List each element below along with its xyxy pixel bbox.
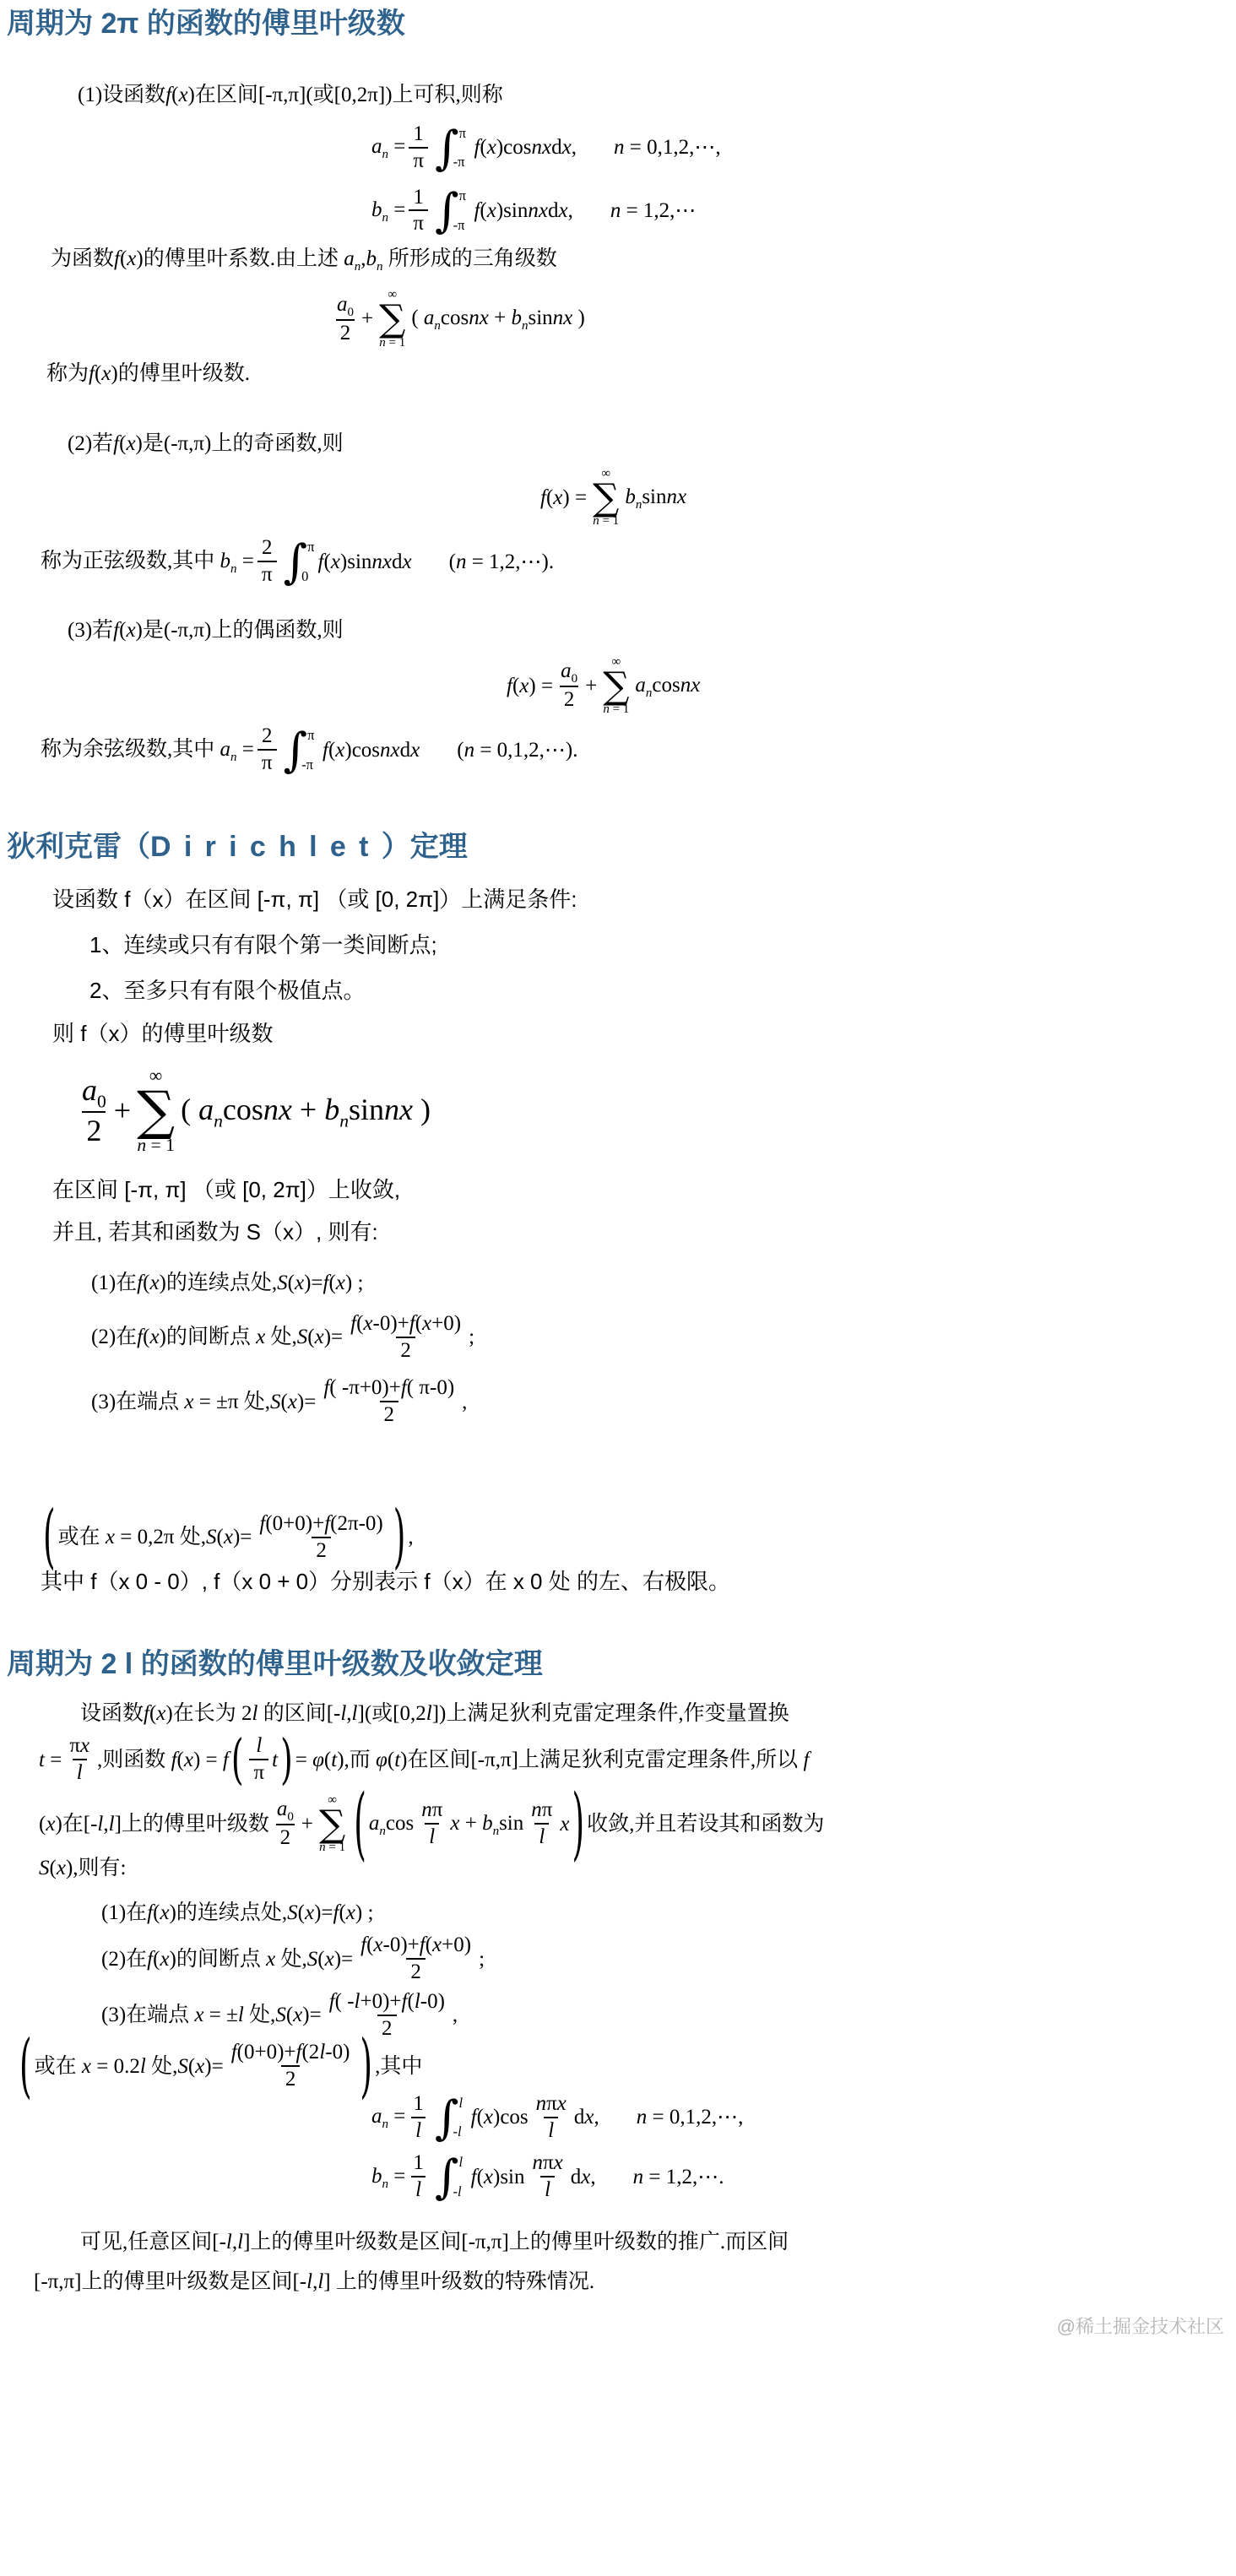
- formula-body: f(x)sin: [471, 2165, 525, 2190]
- fraction: f(0+0)+f(2l-0)2: [227, 2041, 355, 2092]
- fraction: f( -l+0)+f(l-0)2: [325, 1990, 449, 2042]
- fraction: f(x-0)+f(x+0)2: [356, 1933, 475, 1985]
- document: 周期为 2π 的函数的傅里叶级数 (1)设函数f(x)在区间[-π,π](或[0…: [0, 0, 1236, 2576]
- section3-conclusion1: 可见,任意区间[-l,l]上的傅里叶级数是区间[-π,π]上的傅里叶级数的推广.…: [80, 2228, 1236, 2256]
- right-paren-icon: ): [572, 1785, 584, 1864]
- watermark: @稀土掘金技术社区: [0, 2313, 1236, 2339]
- text-runs: 或在 x = 0,2π 处,S(x)=: [58, 1525, 252, 1550]
- plus-sign: +: [114, 1093, 131, 1129]
- text-runs: S(x),则有:: [39, 1857, 126, 1879]
- formula-lhs: f(x) =: [507, 674, 553, 699]
- formula-lhs: f(x) =: [540, 485, 587, 511]
- formula-even-series: f(x) = a02 + ∞∑n = 1 ancosnx: [507, 656, 1236, 717]
- summation: ∞∑n = 1: [603, 656, 629, 717]
- fraction: a02: [333, 293, 358, 346]
- integral: ∫π-π: [435, 187, 470, 234]
- formula-body: f(x)cos: [471, 2105, 529, 2130]
- formula-fourier-big: a02 + ∞∑n = 1 ( ancosnx + bnsinnx ): [74, 1067, 1236, 1154]
- section2-title: 狄利克雷（Dirichlet）定理: [7, 828, 1236, 865]
- text-runs: (2)若f(x)是(-π,π)上的奇函数,则: [68, 432, 344, 455]
- left-paren-icon: (: [19, 2031, 32, 2101]
- formula-body: ancosnx: [635, 673, 700, 700]
- section1-item3: (3)若f(x)是(-π,π)上的偶函数,则: [68, 616, 1236, 644]
- sigma-icon: ∑: [319, 1807, 345, 1842]
- formula-body: f(x)cosnxdx: [323, 738, 420, 763]
- fraction: nπxl: [532, 2092, 571, 2144]
- section3-title-text: 周期为 2 l 的函数的傅里叶级数及收敛定理: [7, 1648, 543, 1680]
- text-runs: 称为余弦级数,其中 an =: [41, 737, 254, 764]
- integral: ∫l-l: [435, 2154, 468, 2200]
- formula-condition: n = 1,2,⋯.: [633, 2165, 724, 2190]
- text-runs: 收敛,并且若设其和函数为: [587, 1812, 824, 1837]
- section3-then: S(x),则有:: [39, 1854, 1236, 1882]
- formula-body: ( ancosnx + bnsinnx ): [181, 1092, 431, 1131]
- section2-title-latin: Dirichlet: [150, 831, 382, 863]
- formula-condition: (n = 0,1,2,⋯).: [457, 738, 577, 763]
- text-runs: (2)在f(x)的间断点 x 处,S(x)=: [101, 1947, 353, 1972]
- fraction: 1π: [409, 122, 428, 174]
- formula-condition: n = 1,2,⋯: [610, 198, 697, 224]
- fraction: a02: [556, 659, 582, 713]
- formula-an-2pi: an = 1π ∫π-π f(x)cosnxdx, n = 0,1,2,⋯,: [371, 122, 1236, 174]
- formula-trig-series: a02 + ∞∑n = 1 ( ancosnx + bnsinnx ): [329, 289, 1236, 350]
- formula-condition: n = 0,1,2,⋯,: [614, 135, 721, 160]
- sigma-icon: ∑: [603, 669, 629, 704]
- fraction: lπ: [249, 1734, 268, 1786]
- section3-intro: 设函数f(x)在长为 2l 的区间[-l,l](或[0,2l])上满足狄利克雷定…: [80, 1700, 1236, 1727]
- section1-title-text: 周期为 2π 的函数的傅里叶级数: [7, 8, 405, 40]
- integral: ∫l-l: [435, 2095, 468, 2141]
- text-runs: (x)在[-l,l]上的傅里叶级数: [39, 1812, 269, 1837]
- text-runs: = φ(t),而 φ(t)在区间[-π,π]上满足狄利克雷定理条件,所以 f: [295, 1748, 810, 1773]
- formula-body: ( ancosnx + bnsinnx ): [411, 306, 585, 333]
- right-paren-icon: ): [393, 1503, 406, 1573]
- plus-sign: +: [301, 1812, 313, 1837]
- right-paren-icon: ): [360, 2031, 372, 2101]
- left-paren-icon: (: [43, 1503, 56, 1573]
- formula-lhs: an =: [371, 134, 405, 161]
- formula-body: f(x)cosnxdx,: [474, 135, 577, 160]
- formula-an-2l: an = 1l ∫l-l f(x)cos nπxl dx, n = 0,1,2,…: [371, 2092, 1236, 2144]
- text-runs: (3)在端点 x = ±l 处,S(x)=: [101, 2003, 322, 2028]
- section3-case2: (2)在f(x)的间断点 x 处,S(x)= f(x-0)+f(x+0)2 ;: [101, 1933, 1236, 1985]
- formula-condition: (n = 1,2,⋯).: [449, 550, 555, 575]
- fraction: 1π: [409, 186, 428, 237]
- formula-body: f(x)sinnxdx: [318, 550, 412, 575]
- summation: ∞∑n = 1: [593, 468, 619, 529]
- section1-para2: 为函数f(x)的傅里叶系数.由上述 an,bn 所形成的三角级数: [51, 245, 1236, 274]
- dirichlet-intro: 设函数 f（x）在区间 [-π, π] （或 [0, 2π]）上满足条件:: [52, 886, 1236, 914]
- formula-condition: n = 0,1,2,⋯,: [637, 2105, 744, 2130]
- integral: ∫π-π: [284, 727, 319, 773]
- dirichlet-then: 则 f（x）的傅里叶级数: [52, 1020, 1236, 1049]
- fraction: nπl: [417, 1798, 447, 1850]
- dirichlet-note: 其中 f（x 0 - 0）, f（x 0 + 0）分别表示 f（x）在 x 0 …: [41, 1568, 1236, 1597]
- text-runs: 为函数f(x)的傅里叶系数.由上述 an,bn 所形成的三角级数: [51, 247, 557, 270]
- section1-item2: (2)若f(x)是(-π,π)上的奇函数,则: [68, 430, 1236, 458]
- section1-para3: 称为f(x)的傅里叶级数.: [46, 360, 1236, 388]
- sigma-icon: ∑: [593, 480, 619, 516]
- text-runs: 可见,任意区间[-l,l]上的傅里叶级数是区间[-π,π]上的傅里叶级数的推广.…: [80, 2231, 789, 2253]
- dirichlet-cond2: 2、至多只有有限个极值点。: [89, 977, 1236, 1006]
- formula-body: bnsinnx: [625, 485, 686, 512]
- formula-odd-series: f(x) = ∞∑n = 1 bnsinnx: [540, 468, 1236, 529]
- sigma-icon: ∑: [137, 1086, 175, 1136]
- text-runs: (3)若f(x)是(-π,π)上的偶函数,则: [68, 619, 344, 642]
- text-runs: 或在 x = 0.2l 处,S(x)=: [35, 2054, 224, 2080]
- left-paren-icon: (: [231, 1733, 244, 1787]
- fraction: f( -π+0)+f( π-0)2: [319, 1376, 458, 1428]
- formula-body: f(x)sinnxdx,: [474, 198, 572, 224]
- fraction: a02: [78, 1073, 111, 1149]
- fraction: 2π: [257, 724, 277, 776]
- dirichlet-case1: (1)在f(x)的连续点处,S(x)=f(x) ;: [91, 1269, 1236, 1297]
- section1-title: 周期为 2π 的函数的傅里叶级数: [7, 5, 1236, 42]
- summation: ∞∑n = 1: [379, 289, 405, 350]
- formula-lhs: bn =: [371, 198, 405, 225]
- plus-sign: +: [361, 306, 373, 332]
- fraction: f(0+0)+f(2π-0)2: [255, 1512, 387, 1564]
- text-runs: (3)在端点 x = ±π 处,S(x)=: [91, 1390, 316, 1415]
- fraction: nπl: [527, 1798, 556, 1850]
- section3-case3-alt: ( 或在 x = 0.2l 处,S(x)= f(0+0)+f(2l-0)2 ) …: [17, 2041, 1236, 2092]
- section3-title: 周期为 2 l 的函数的傅里叶级数及收敛定理: [7, 1646, 1236, 1683]
- fraction: nπxl: [529, 2151, 567, 2203]
- text-runs: (1)设函数f(x)在区间[-π,π](或[0,2π])上可积,则称: [78, 84, 503, 106]
- dirichlet-case2: (2)在f(x)的间断点 x 处,S(x)= f(x-0)+f(x+0)2 ;: [91, 1312, 1236, 1364]
- dirichlet-cond1: 1、连续或只有有限个第一类间断点;: [89, 931, 1236, 960]
- dirichlet-case3: (3)在端点 x = ±π 处,S(x)= f( -π+0)+f( π-0)2 …: [91, 1376, 1236, 1428]
- section3-conclusion2: [-π,π]上的傅里叶级数是区间[-l,l] 上的傅里叶级数的特殊情况.: [34, 2268, 1236, 2296]
- formula-bn-2l: bn = 1l ∫l-l f(x)sin nπxl dx, n = 1,2,⋯.: [371, 2151, 1236, 2203]
- cosine-series-line: 称为余弦级数,其中 an = 2π ∫π-π f(x)cosnxdx (n = …: [41, 724, 1236, 776]
- section3-substitution: t = πxl ,则函数 f(x) = f ( lπ t ) = φ(t),而 …: [39, 1734, 1236, 1786]
- text-runs: (1)在f(x)的连续点处,S(x)=f(x) ;: [101, 1901, 373, 1924]
- sigma-icon: ∑: [379, 301, 405, 337]
- summation: ∞∑n = 1: [137, 1067, 175, 1154]
- right-paren-icon: ): [280, 1733, 293, 1787]
- left-paren-icon: (: [354, 1785, 366, 1864]
- formula-lhs: an =: [371, 2104, 405, 2131]
- fraction: πxl: [65, 1734, 94, 1786]
- integral: ∫π0: [284, 539, 315, 585]
- formula-bn-2pi: bn = 1π ∫π-π f(x)sinnxdx, n = 1,2,⋯: [371, 186, 1236, 237]
- section1-intro: (1)设函数f(x)在区间[-π,π](或[0,2π])上可积,则称: [78, 81, 1236, 109]
- dirichlet-converge: 在区间 [-π, π] （或 [0, 2π]）上收敛,: [52, 1176, 1236, 1205]
- text-runs: 称为正弦级数,其中 bn =: [41, 549, 254, 576]
- fraction: 1l: [409, 2151, 428, 2203]
- text-runs: (2)在f(x)的间断点 x 处,S(x)=: [91, 1325, 343, 1350]
- section3-case1: (1)在f(x)的连续点处,S(x)=f(x) ;: [101, 1899, 1236, 1927]
- fraction: a02: [273, 1798, 298, 1851]
- fraction: 2π: [257, 536, 277, 588]
- section3-series-line: (x)在[-l,l]上的傅里叶级数 a02 + ∞∑n = 1 ( ancos …: [39, 1794, 1236, 1855]
- plus-sign: +: [585, 674, 597, 699]
- formula-lhs: bn =: [371, 2164, 405, 2191]
- dirichlet-case3-alt: ( 或在 x = 0,2π 处,S(x)= f(0+0)+f(2π-0)2 ) …: [41, 1512, 1236, 1564]
- text-runs: 设函数f(x)在长为 2l 的区间[-l,l](或[0,2l])上满足狄利克雷定…: [80, 1702, 789, 1725]
- dirichlet-sumfn: 并且, 若其和函数为 S（x）, 则有:: [52, 1218, 1236, 1247]
- text-runs: ,则函数 f(x) = f: [97, 1748, 229, 1773]
- fraction: f(x-0)+f(x+0)2: [346, 1312, 465, 1364]
- fraction: 1l: [409, 2092, 428, 2144]
- summation: ∞∑n = 1: [319, 1794, 345, 1855]
- text-runs: (1)在f(x)的连续点处,S(x)=f(x) ;: [91, 1272, 363, 1294]
- section3-case3: (3)在端点 x = ±l 处,S(x)= f( -l+0)+f(l-0)2 ,: [101, 1990, 1236, 2042]
- text-runs: [-π,π]上的傅里叶级数是区间[-l,l] 上的傅里叶级数的特殊情况.: [34, 2270, 594, 2293]
- integral: ∫π-π: [435, 125, 470, 171]
- text-runs: 称为f(x)的傅里叶级数.: [46, 362, 250, 385]
- sine-series-line: 称为正弦级数,其中 bn = 2π ∫π0 f(x)sinnxdx (n = 1…: [41, 536, 1236, 588]
